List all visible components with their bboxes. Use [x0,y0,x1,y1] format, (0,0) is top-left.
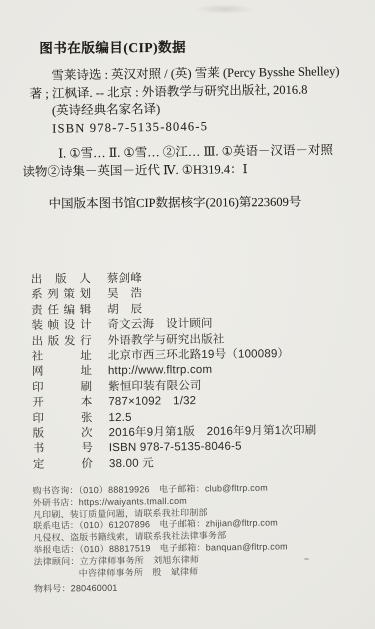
pub-row-value: 12.5 [108,410,131,426]
pub-row-price: 定价 38.00 元 [33,454,353,473]
pub-row-label: 出版人 [31,272,91,288]
pub-row-value: 胡 辰 [107,302,142,318]
pub-row-label: 开本 [32,395,92,411]
pub-row-value: 奇文云海 设计顾问 [107,317,212,334]
pub-row-value: 外语教学与研究出版社 [108,332,225,349]
contact-notices: 购书咨询：（010）88819926 电子邮箱：club@fltrp.com 外… [33,482,355,597]
cip-classification: Ⅰ. ①雪… Ⅱ. ①雪… ②江… Ⅲ. ①英语－汉语－对照 读物②诗集－英国－… [30,141,350,181]
pub-row-label: 印刷 [32,380,92,396]
pub-row-value: 紫恒印装有限公司 [108,379,202,395]
pub-row-value: ISBN 978-7-5135-8046-5 [109,440,242,457]
pub-row-value: http://www.fltrp.com [108,363,213,380]
pub-row-value: 2016年9月第1版 2016年9月第1次印刷 [109,424,317,442]
cip-record-number: 中国版本图书馆CIP数据核字(2016)第223609号 [31,191,351,212]
pub-row-label: 印张 [32,411,92,427]
scan-speck [304,558,309,560]
pub-row-label: 社址 [32,349,92,365]
publication-info-table: 出版人 蔡剑峰 系列策划 吴 浩 责任编辑 胡 辰 装帧设计 奇文云海 设计顾问… [31,269,353,473]
pub-row-label: 责任编辑 [31,303,91,319]
pub-row-value: 北京市西三环北路19号（100089） [108,347,290,364]
cip-description: 雪莱诗选 : 英汉对照 / (英) 雪莱 (Percy Bysshe Shell… [29,63,350,138]
scan-smudge [195,4,255,14]
pub-row-label: 书号 [33,442,93,458]
pub-row-label: 装帧设计 [31,318,91,334]
pub-row-label: 系列策划 [31,288,91,304]
pub-row-label: 定价 [33,457,93,473]
pub-row-label: 网址 [32,365,92,381]
pub-row-label: 出版发行 [32,334,92,350]
pub-row-value: 吴 浩 [107,287,142,303]
material-number: 物料号：280460001 [34,580,354,596]
cip-class-line-2: 读物②诗集－英国－近代 Ⅳ. ①H319.4：Ⅰ [22,159,350,181]
copyright-page: 图书在版编目(CIP)数据 雪莱诗选 : 英汉对照 / (英) 雪莱 (Perc… [0,0,375,629]
pub-row-value: 787×1092 1/32 [108,394,196,410]
pub-row-value: 蔡剑峰 [107,272,142,288]
pub-row-label: 版次 [33,426,93,442]
pub-row-value: 38.00 元 [109,456,154,472]
cip-heading: 图书在版编目(CIP)数据 [39,34,349,56]
